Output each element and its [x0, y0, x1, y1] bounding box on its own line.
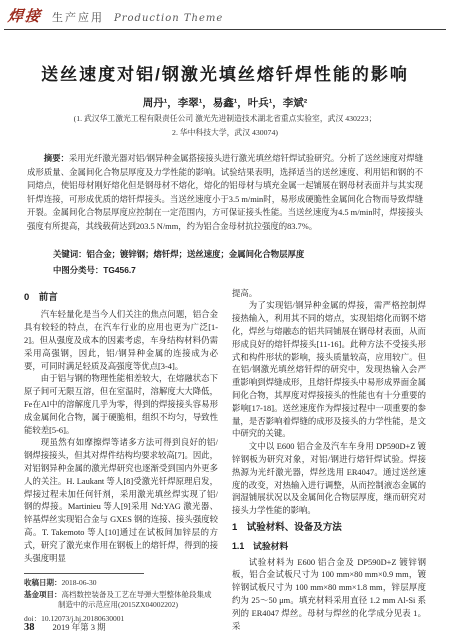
left-column: 0 前言 汽车轻量化是当今人们关注的焦点问题，铝合金具有较轻的特点，在汽车行业的…	[24, 288, 218, 634]
journal-logo: 焊接	[7, 5, 43, 26]
affiliation-line-2: 2. 华中科技大学，武汉 430074)	[0, 127, 450, 138]
continued-text: 提高。	[232, 288, 426, 301]
keywords-line: 关键词：铝合金；镀锌钢；熔钎焊；送丝速度；金属间化合物层厚度	[27, 248, 423, 260]
journal-page: 焊接 生产应用 Production Theme 送丝速度对铝/钢激光填丝熔钎焊…	[0, 0, 450, 641]
header-divider	[4, 29, 446, 30]
subsection-1-1-heading: 1.1 试验材料	[232, 540, 426, 553]
footnote-block: 收稿日期：2018-06-30 基金项目：高档数控装备及工艺在导弹大型整体舱段集…	[24, 573, 218, 624]
page-header: 焊接 生产应用 Production Theme	[0, 0, 450, 26]
author-line: 周丹¹，李翠¹，易鑫¹，叶兵¹，李斌²	[0, 95, 450, 110]
right-paragraph-1: 为了实现铝/钢异种金属的焊接，需严格控制焊接热输入，利用其不同的熔点，实现铝熔化…	[232, 300, 426, 441]
left-paragraph-3: 现虽然有如摩擦焊等诸多方法可得到良好的铝/钢焊接接头，但其对焊件结构均要求较高[…	[24, 437, 218, 565]
fund-project-line: 基金项目：高档数控装备及工艺在导弹大型整体舱段集成制造中的示范应用(2015ZX…	[24, 590, 218, 611]
fund-project-value: 高档数控装备及工艺在导弹大型整体舱段集成制造中的示范应用(2015ZX04002…	[58, 590, 212, 610]
received-date-value: 2018-06-30	[62, 578, 97, 587]
left-paragraph-1: 汽车轻量化是当今人们关注的焦点问题，铝合金具有较轻的特点，在汽车行业的应用也更为…	[24, 309, 218, 373]
abstract-text: 采用光纤激光器对铝/钢异种金属搭接接头进行激光填丝熔钎焊试验研究。分析了送丝速度…	[27, 154, 423, 231]
fund-project-label: 基金项目：	[24, 590, 62, 599]
body-columns: 0 前言 汽车轻量化是当今人们关注的焦点问题，铝合金具有较轻的特点，在汽车行业的…	[24, 288, 426, 634]
left-paragraph-2: 由于铝与钢的物理性能相差较大，在熔融状态下原子间可无限互溶，但在室温时，溶解度大…	[24, 373, 218, 437]
abstract-paragraph: 摘要：采用光纤激光器对铝/钢异种金属搭接接头进行激光填丝熔钎焊试验研究。分析了送…	[27, 152, 423, 234]
keywords-label: 关键词：	[53, 249, 87, 259]
keywords-text: 铝合金；镀锌钢；熔钎焊；送丝速度；金属间化合物层厚度	[87, 249, 305, 259]
right-paragraph-2: 文中以 E600 铝合金及汽车车身用 DP590D+Z 镀锌钢板为研究对象，对铝…	[232, 441, 426, 518]
article-title: 送丝速度对铝/钢激光填丝熔钎焊性能的影响	[20, 60, 430, 85]
page-footer: 38 2019 年第 3 期	[24, 621, 106, 633]
issue-label: 2019 年第 3 期	[53, 621, 106, 633]
clc-label: 中图分类号：	[53, 265, 103, 275]
received-date-label: 收稿日期：	[24, 578, 62, 587]
received-date-line: 收稿日期：2018-06-30	[24, 578, 218, 589]
section-0-heading: 0 前言	[24, 292, 218, 305]
right-column: 提高。 为了实现铝/钢异种金属的焊接，需严格控制焊接热输入，利用其不同的熔点，实…	[232, 288, 426, 634]
section-1-heading: 1 试验材料、设备及方法	[232, 522, 426, 535]
clc-number: TG456.7	[103, 265, 136, 275]
footnote-divider	[24, 573, 144, 574]
abstract-label: 摘要：	[44, 153, 69, 163]
page-number: 38	[24, 622, 35, 633]
affiliation-line-1: (1. 武汉华工激光工程有限责任公司 激光先进制造技术湖北省重点实验室，武汉 4…	[0, 113, 450, 124]
header-section-english: Production Theme	[114, 13, 223, 24]
header-section-label: 生产应用	[52, 9, 104, 25]
right-paragraph-3: 试验材料为 E600 铝合金及 DP590D+Z 镀锌钢板，铝合金试板尺寸为 1…	[232, 557, 426, 634]
clc-line: 中图分类号：TG456.7	[27, 264, 423, 276]
